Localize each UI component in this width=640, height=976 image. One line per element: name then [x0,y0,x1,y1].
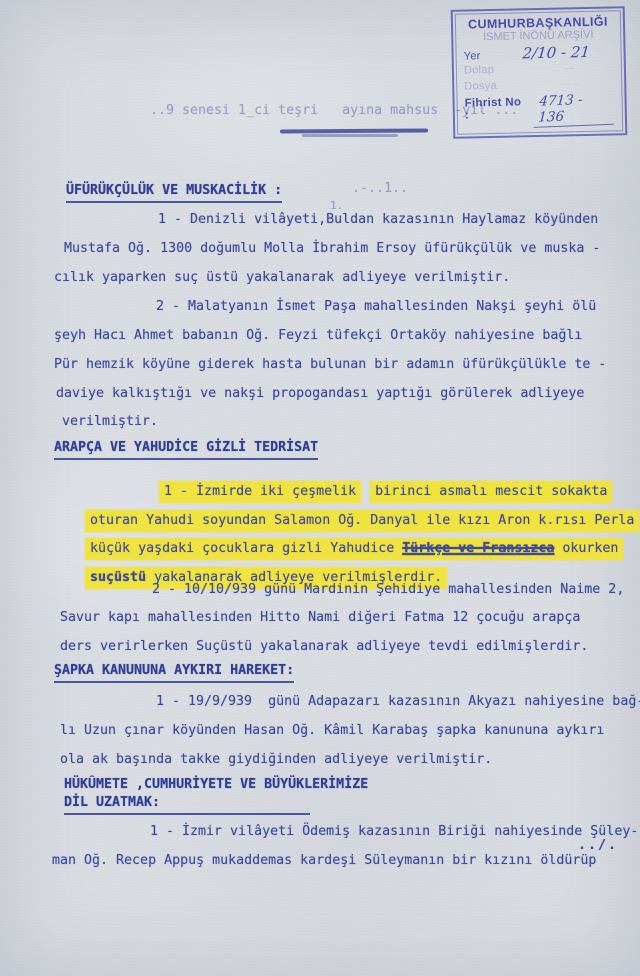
section-heading-dil-uzatmak-line1: HÜKÛMETE ,CUMHURİYETE VE BÜYÜKLERİMİZE [64,777,368,795]
stray-mark: 1. [330,199,343,213]
highlighted-text: okurken [554,541,618,556]
stamp-label-yer: Yer [464,50,481,62]
stray-mark: .-..1.. [352,181,408,198]
stamp-value-dosya: —— [558,77,581,90]
stamp-label-dolap: Dolap [464,64,494,77]
document-line: ola ak başında takke giydiğinden adliyey… [60,752,492,769]
continuation-mark: ../. [578,838,618,855]
document-line: 2 - 10/10/939 günü Mardinin Şehidiye mah… [152,582,624,599]
document-line: daviye kalkıştığı ve nakşi propogandası … [56,386,584,403]
document-line: Pür hemzik köyüne giderek hasta bulunan … [54,357,606,374]
document-line: man Oğ. Recep Appuş mukaddemas kardeşi S… [52,853,596,870]
document-line: lı Uzun çınar köyünden Hasan Oğ. Kâmil K… [60,723,604,740]
section-heading-ufurukculuk: ÜFÜRÜKÇÜLÜK VE MUSKACİLİK : [66,183,282,203]
ink-smudge-line [302,134,398,137]
overtyped-text: suçüstü [90,570,146,585]
page-header-faded: ..9 senesi 1_ci teşri ayına mahsus -yıl … [150,103,518,120]
stamp-value-dolap: — [564,61,576,74]
document-line: 1 - 19/9/939 günü Adapazarı kazasının Ak… [156,694,640,711]
stamp-label-dosya: Dosya [464,79,497,92]
stamp-subtitle: İSMET İNÖNÜ ARŞİVİ [463,28,613,43]
document-line: cılık yaparken suç üstü yakalanarak adli… [54,270,510,287]
document-page: CUMHURBAŞKANLIĞI İSMET İNÖNÜ ARŞİVİ Yer … [0,0,640,976]
document-line: 1 - Denizli vilâyeti,Buldan kazasının Ha… [158,212,598,229]
ink-smudge-line [280,128,428,133]
document-line: şeyh Hacı Ahmet babanın Oğ. Feyzi tüfekç… [54,328,582,345]
document-line: 1 - İzmir vilâyeti Ödemiş kazasının Biri… [150,824,638,841]
stamp-value-yer: 2/10 - 21 [522,43,591,62]
stamp-value-fihrist: 4713 - 136 [533,91,616,128]
section-heading-tedrisat: ARAPÇA VE YAHUDİCE GİZLİ TEDRİSAT [54,440,318,460]
section-heading-sapka: ŞAPKA KANUNUNA AYKIRI HAREKET: [54,663,294,683]
document-line: verilmiştir. [62,414,158,431]
document-line: ders verirlerken Suçüstü yakalanarak adl… [60,639,588,656]
section-heading-dil-uzatmak-line2: DİL UZATMAK: [64,795,310,815]
document-line: 2 - Malatyanın İsmet Paşa mahallesinden … [156,299,596,316]
document-line: Mustafa Oğ. 1300 doğumlu Molla İbrahim E… [64,241,600,258]
document-line: Savur kapı mahallesinden Hitto Nami diğe… [60,610,580,627]
